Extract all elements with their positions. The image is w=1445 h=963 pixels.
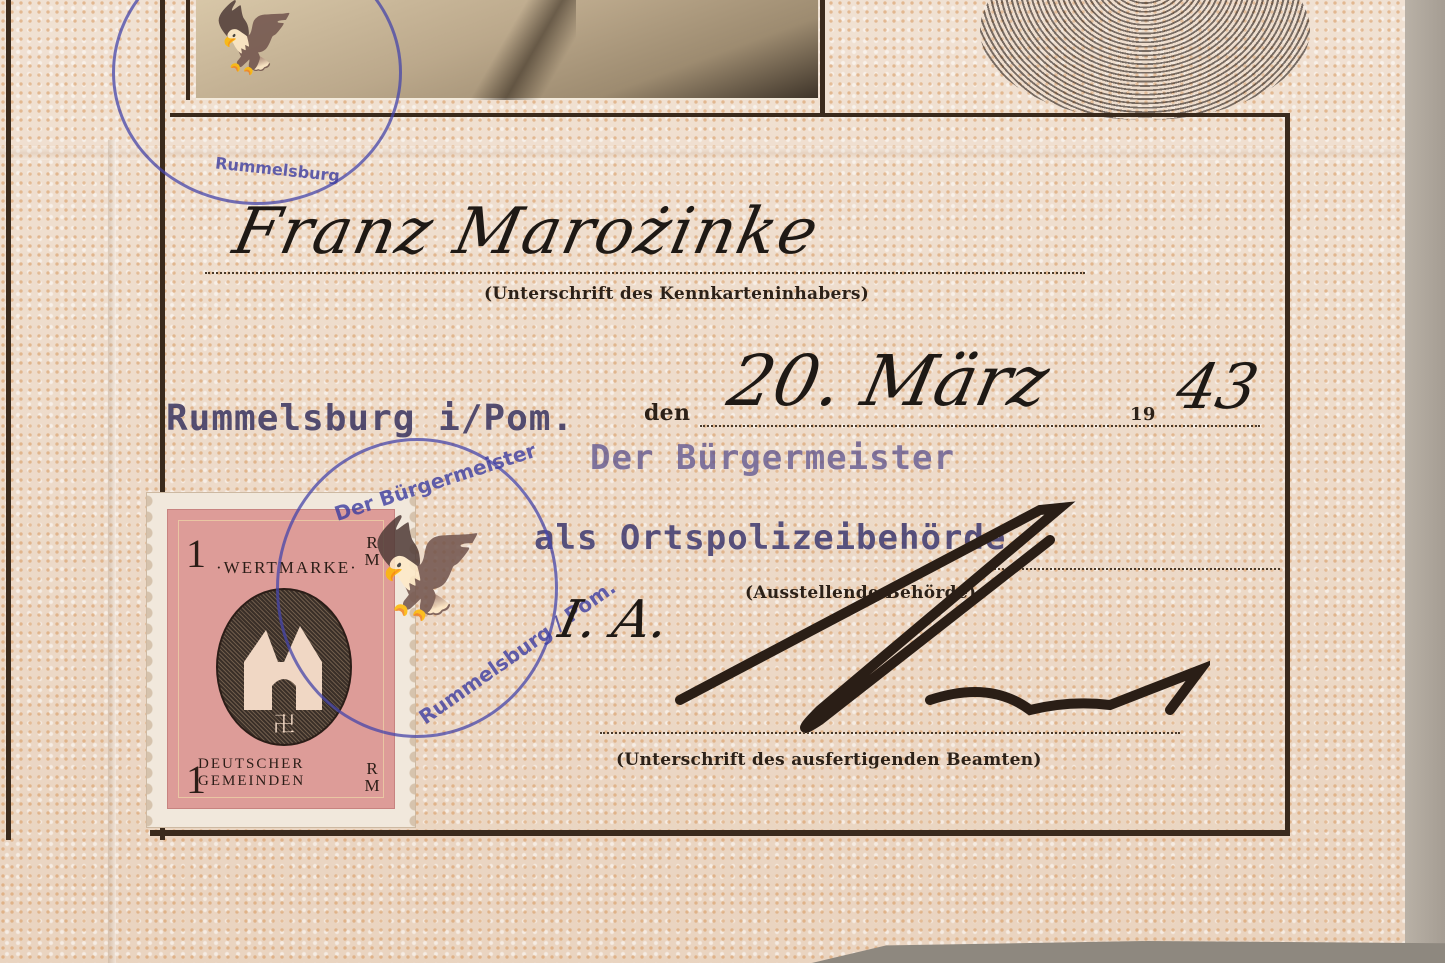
fiscal-denomination-top: 1	[186, 530, 206, 577]
holder-signature: Franz Marożinke	[227, 195, 826, 269]
den-label: den	[644, 400, 690, 426]
svg-text:卍: 卍	[273, 713, 295, 738]
issue-year: 43	[1170, 350, 1264, 423]
official-signature-stroke	[670, 500, 1210, 740]
official-signature-caption: (Unterschrift des ausfertigenden Beamten…	[616, 750, 1042, 770]
holder-signature-caption: (Unterschrift des Kennkarteninhabers)	[484, 284, 869, 304]
issue-date: 20. März	[721, 340, 1056, 422]
century-label: 19	[1130, 404, 1156, 425]
frame-bottom-rule	[150, 830, 1290, 836]
background-surface	[1405, 0, 1445, 963]
on-behalf-prefix: I. A.	[554, 590, 674, 650]
fiscal-currency-bottom: RM	[364, 760, 380, 794]
authority-stamp-line-1: Der Bürgermeister	[590, 438, 955, 478]
eagle-emblem-icon: 🦅	[368, 520, 488, 616]
place-stamp: Rummelsburg i/Pom.	[166, 398, 574, 439]
frame-right-rule	[1285, 113, 1290, 835]
photo-divider-rule	[820, 0, 825, 115]
official-signature: Nest	[940, 660, 943, 661]
issue-date-line	[700, 425, 1260, 427]
paper-fold-vertical	[108, 140, 116, 963]
official-signature-line	[600, 732, 1180, 734]
holder-signature-line	[205, 272, 1085, 274]
eagle-emblem-icon: 🦅	[212, 5, 297, 73]
fiscal-denomination-bottom: 1	[186, 756, 206, 803]
photo-shadow	[456, 0, 576, 100]
left-margin-rule	[6, 0, 11, 840]
